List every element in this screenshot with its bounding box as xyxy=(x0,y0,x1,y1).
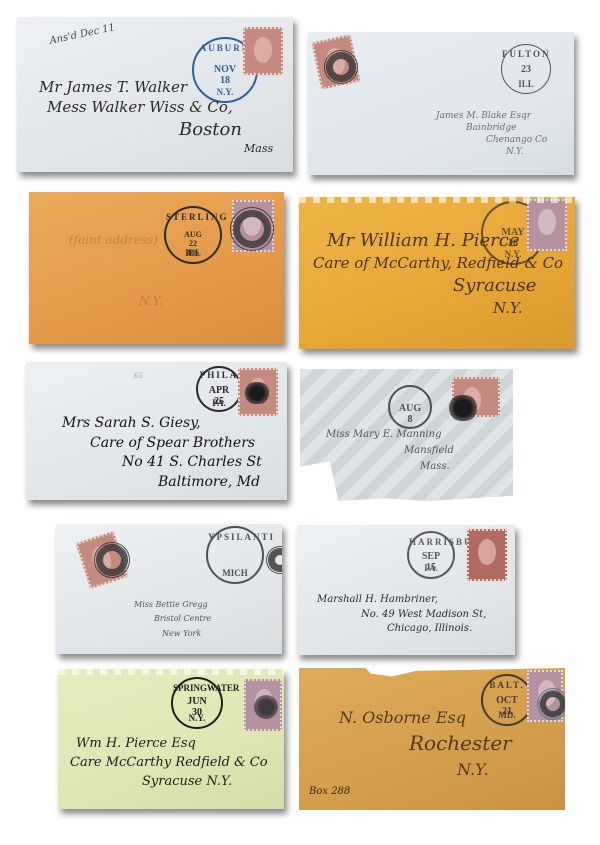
grid-cancel xyxy=(324,50,358,84)
address-block: Miss Mary E. Manning Mansfield Mass. xyxy=(326,427,454,475)
stamp-3-cent xyxy=(243,27,283,75)
target-cancel xyxy=(537,688,565,720)
cover-pierce-syracuse: MAY26 N.Y. Mr William H. Pierce Care of … xyxy=(299,197,575,349)
address-block: Mr William H. Pierce Care of McCarthy, R… xyxy=(313,229,563,318)
docket-note: Box 288 xyxy=(309,786,350,797)
cover-fulton: FULTON 23 ILL James M. Blake Esqr Bainbr… xyxy=(308,32,574,175)
cork-cancel xyxy=(244,382,270,404)
postmark-phila: PHILA APR25 PA. xyxy=(196,366,242,412)
docket-note: 65 xyxy=(134,372,143,380)
address-block: Marshall H. Hambriner, No. 49 West Madis… xyxy=(317,593,486,637)
postmark-fulton: FULTON 23 ILL xyxy=(501,44,551,94)
address-block: Miss Bettie Gregg Bristol Centre New Yor… xyxy=(134,598,211,641)
cover-sterling: STERLING AUG22186 ILL (faint address) N.… xyxy=(29,192,284,344)
postmark-harrisburg: HARRISBURG SEP15 PA. xyxy=(407,531,455,579)
address-block: N. Osborne Esq Rochester N.Y. xyxy=(339,706,512,781)
star-cancel xyxy=(254,695,278,719)
docket-note: Ans'd Dec 11 xyxy=(49,22,116,47)
cover-balt: BALT. OCT21 MD. N. Osborne Esq Rochester… xyxy=(299,668,565,810)
address-block: Mrs Sarah S. Giesy, Care of Spear Brothe… xyxy=(62,414,262,492)
cork-cancel xyxy=(448,395,478,421)
address-block: Mr James T. Walker Mess Walker Wiss & Co… xyxy=(39,77,273,157)
cover-ypsilanti: YPSILANTI MICH Miss Bettie Gregg Bristol… xyxy=(56,524,282,654)
target-cancel xyxy=(94,542,130,578)
cover-harrisburg: HARRISBURG SEP15 PA. Marshall H. Hambrin… xyxy=(297,525,515,655)
target-cancel xyxy=(266,546,282,574)
target-cancel xyxy=(230,207,274,251)
address-block: Wm H. Pierce Esq Care McCarthy Redfield … xyxy=(70,735,268,792)
cover-manning: AUG8 Miss Mary E. Manning Mansfield Mass… xyxy=(300,369,513,501)
postmark-aug: AUG8 xyxy=(388,385,432,429)
stamp-3-cent xyxy=(467,529,507,581)
cover-auburn: Ans'd Dec 11 AUBURN NOV18 N.Y. Mr James … xyxy=(17,17,293,172)
cover-springwater: SPRINGWATER JUN30 N.Y. Wm H. Pierce Esq … xyxy=(58,669,284,809)
address-block: (faint address) N.Y. xyxy=(69,232,163,309)
postmark-sterling: STERLING AUG22186 ILL xyxy=(164,206,222,264)
address-block: James M. Blake Esqr Bainbridge Chenango … xyxy=(436,110,547,159)
postmark-ypsilanti: YPSILANTI MICH xyxy=(206,526,264,584)
postmark-springwater: SPRINGWATER JUN30 N.Y. xyxy=(171,677,223,729)
cover-phila: 65 PHILA APR25 PA. Mrs Sarah S. Giesy, C… xyxy=(26,362,287,500)
